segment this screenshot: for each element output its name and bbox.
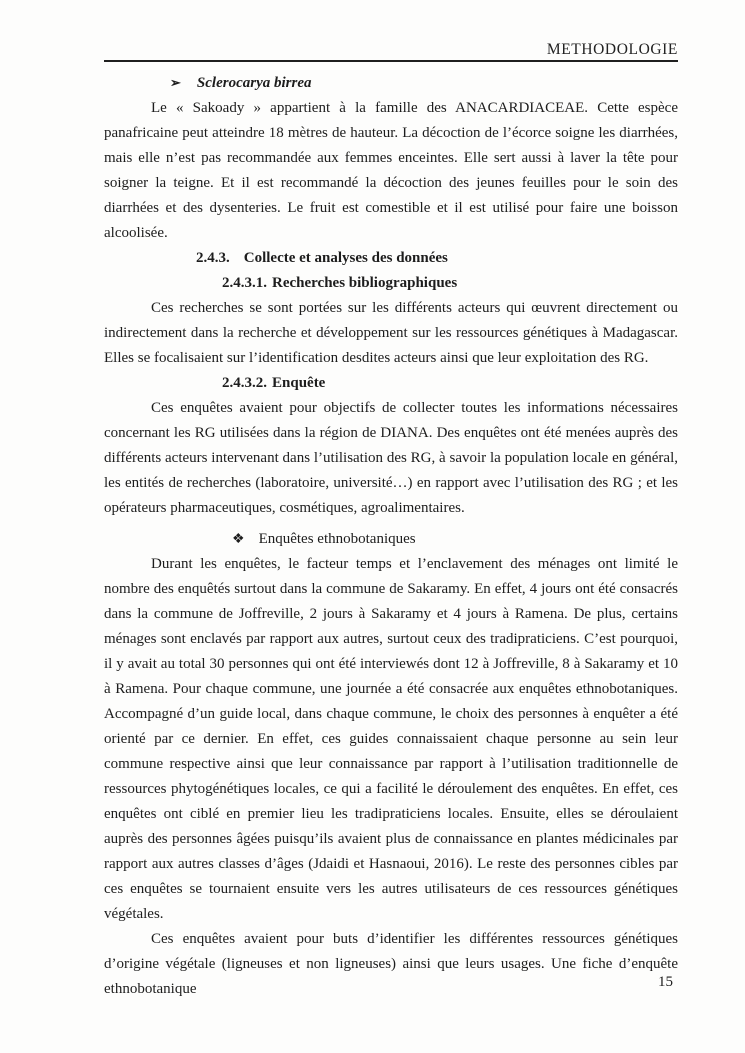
arrow-bullet-icon: ➢ [170,70,181,95]
heading-recherches-biblio-title: Recherches bibliographiques [272,275,457,291]
paragraph-buts-enquetes: Ces enquêtes avaient pour buts d’identif… [104,927,678,1002]
heading-enquete-title: Enquête [272,375,325,391]
ethno-item-label: Enquêtes ethnobotaniques [259,531,416,547]
heading-collecte-number: 2.4.3. [196,246,230,271]
heading-collecte-title: Collecte et analyses des données [244,250,448,266]
heading-enquete-number: 2.4.3.2. [222,371,267,396]
paragraph-enquetes-ethnobotaniques: Durant les enquêtes, le facteur temps et… [104,552,678,927]
heading-recherches-biblio: 2.4.3.1.Recherches bibliographiques [222,271,678,296]
heading-collecte: 2.4.3.Collecte et analyses des données [196,246,678,271]
header-rule [104,60,678,62]
heading-recherches-biblio-number: 2.4.3.1. [222,271,267,296]
page-content: METHODOLOGIE ➢Sclerocarya birrea Le « Sa… [104,0,678,1002]
document-page: METHODOLOGIE ➢Sclerocarya birrea Le « Sa… [0,0,745,1053]
page-number: 15 [658,972,673,992]
paragraph-enquete-objectifs: Ces enquêtes avaient pour objectifs de c… [104,396,678,521]
species-name: Sclerocarya birrea [197,75,312,91]
paragraph-species-description: Le « Sakoady » appartient à la famille d… [104,96,678,246]
heading-enquete: 2.4.3.2.Enquête [222,371,678,396]
paragraph-recherches-biblio: Ces recherches se sont portées sur les d… [104,296,678,371]
running-header: METHODOLOGIE [104,0,678,60]
species-list-item: ➢Sclerocarya birrea [170,70,678,96]
diamond-bullet-icon: ❖ [232,527,245,552]
ethno-list-item: ❖Enquêtes ethnobotaniques [232,527,678,552]
